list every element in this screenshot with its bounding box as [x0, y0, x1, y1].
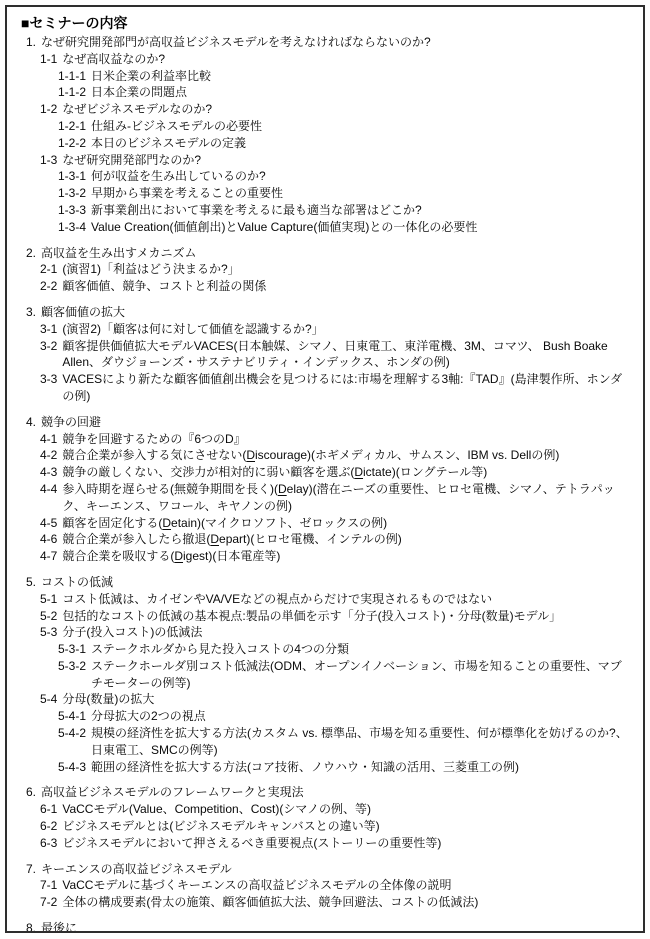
toc-item: 6-2ビジネスモデルとは(ビジネスモデルキャンバスとの違い等): [40, 818, 633, 835]
toc-item: 3-2顧客提供価値拡大モデルVACES(日本触媒、シマノ、日東電工、東洋電機、3…: [40, 338, 633, 372]
toc-item: 5-4-3範囲の経済性を拡大する方法(コア技術、ノウハウ・知識の活用、三菱重工の…: [58, 759, 633, 776]
toc-item: 1-3-3新事業創出において事業を考えるに最も適当な部署はどこか?: [58, 202, 633, 219]
toc-item-text: ビジネスモデルにおいて押さえるべき重要視点(ストーリーの重要性等): [62, 835, 633, 852]
toc-item-number: 5-3: [40, 624, 57, 641]
toc-item-text: コスト低減は、カイゼンやVA/VEなどの視点からだけで実現されるものではない: [62, 591, 633, 608]
toc-item: 5-3分子(投入コスト)の低減法: [40, 624, 633, 641]
toc-item-number: 5-4-3: [58, 759, 86, 776]
toc-item-number: 1-3-2: [58, 185, 86, 202]
toc-item: 1-1-2日本企業の問題点: [58, 84, 633, 101]
toc-item: 1-2なぜビジネスモデルなのか?: [40, 101, 633, 118]
toc-item-text: 高収益ビジネスモデルのフレームワークと実現法: [41, 784, 633, 801]
toc-item-text: 仕組み-ビジネスモデルの必要性: [91, 118, 633, 135]
toc-item: 6.高収益ビジネスモデルのフレームワークと実現法: [26, 784, 633, 801]
toc-item-text: 分母拡大の2つの視点: [91, 708, 633, 725]
toc-item-text: 日米企業の利益率比較: [91, 68, 633, 85]
toc-item-text: (演習1)「利益はどう決まるか?」: [62, 261, 633, 278]
toc-item-text: VACESにより新たな顧客価値創出機会を見つけるには:市場を理解する3軸:『TA…: [62, 371, 633, 405]
section-3: 3.顧客価値の拡大3-1(演習2)「顧客は何に対して価値を認識するか?」3-2顧…: [21, 304, 633, 405]
toc-item-text: 高収益を生み出すメカニズム: [41, 245, 633, 262]
toc-item-text: 日本企業の問題点: [91, 84, 633, 101]
toc-item-number: 3-1: [40, 321, 57, 338]
toc-item-number: 5-3-2: [58, 658, 86, 675]
toc-item-number: 6-3: [40, 835, 57, 852]
toc-item: 1-3-4Value Creation(価値創出)とValue Capture(…: [58, 219, 633, 236]
toc-item-number: 4-1: [40, 431, 57, 448]
toc-item-text: 全体の構成要素(骨太の施策、顧客価値拡大法、競争回避法、コストの低減法): [62, 894, 633, 911]
toc-item: 8.最後に: [26, 920, 633, 933]
toc-item-text: 範囲の経済性を拡大する方法(コア技術、ノウハウ・知識の活用、三菱重工の例): [91, 759, 633, 776]
section-1: 1.なぜ研究開発部門が高収益ビジネスモデルを考えなければならないのか?1-1なぜ…: [21, 34, 633, 236]
toc-item-text: なぜ高収益なのか?: [62, 51, 633, 68]
toc-item-number: 4-7: [40, 548, 57, 565]
document-frame: ■セミナーの内容 1.なぜ研究開発部門が高収益ビジネスモデルを考えなければならな…: [5, 5, 645, 933]
toc-item-number: 7.: [26, 861, 36, 878]
toc-item-number: 4-2: [40, 447, 57, 464]
toc-item: 5-4-1分母拡大の2つの視点: [58, 708, 633, 725]
toc-item-number: 4.: [26, 414, 36, 431]
toc-item-text: 競争の回避: [41, 414, 633, 431]
section-6: 6.高収益ビジネスモデルのフレームワークと実現法6-1VaCCモデル(Value…: [21, 784, 633, 851]
toc-item-number: 1-2-1: [58, 118, 86, 135]
section-7: 7.キーエンスの高収益ビジネスモデル7-1VaCCモデルに基づくキーエンスの高収…: [21, 861, 633, 911]
toc-item: 1-3-2早期から事業を考えることの重要性: [58, 185, 633, 202]
toc-item-number: 1-3-4: [58, 219, 86, 236]
toc-item: 4-5顧客を固定化する(Detain)(マイクロソフト、ゼロックスの例): [40, 515, 633, 532]
toc-item-text: 新事業創出において事業を考えるに最も適当な部署はどこか?: [91, 202, 633, 219]
toc-item-number: 4-5: [40, 515, 57, 532]
toc-item-number: 5-4-2: [58, 725, 86, 742]
toc-item-text: 競争の厳しくない、交渉力が相対的に弱い顧客を選ぶ(Dictate)(ロングテール…: [62, 464, 633, 481]
toc-item-number: 1-1: [40, 51, 57, 68]
toc-item: 3-1(演習2)「顧客は何に対して価値を認識するか?」: [40, 321, 633, 338]
toc-item: 3-3VACESにより新たな顧客価値創出機会を見つけるには:市場を理解する3軸:…: [40, 371, 633, 405]
toc-item: 6-1VaCCモデル(Value、Competition、Cost)(シマノの例…: [40, 801, 633, 818]
toc-item-number: 6.: [26, 784, 36, 801]
toc-sections: 1.なぜ研究開発部門が高収益ビジネスモデルを考えなければならないのか?1-1なぜ…: [21, 34, 633, 933]
toc-item-number: 1.: [26, 34, 36, 51]
toc-item: 4-1競争を回避するための『6つのD』: [40, 431, 633, 448]
toc-item-number: 3.: [26, 304, 36, 321]
toc-item-text: 顧客を固定化する(Detain)(マイクロソフト、ゼロックスの例): [62, 515, 633, 532]
toc-item-number: 2-1: [40, 261, 57, 278]
toc-item-text: 顧客提供価値拡大モデルVACES(日本触媒、シマノ、日東電工、東洋電機、3M、コ…: [62, 338, 633, 372]
toc-item-text: (演習2)「顧客は何に対して価値を認識するか?」: [62, 321, 633, 338]
toc-item-number: 7-2: [40, 894, 57, 911]
toc-item-text: 競争を回避するための『6つのD』: [62, 431, 633, 448]
toc-item-text: コストの低減: [41, 574, 633, 591]
toc-item-number: 2-2: [40, 278, 57, 295]
toc-item-text: VaCCモデル(Value、Competition、Cost)(シマノの例、等): [62, 801, 633, 818]
toc-item: 5.コストの低減: [26, 574, 633, 591]
toc-item-number: 3-3: [40, 371, 57, 388]
toc-item: 5-4-2規模の経済性を拡大する方法(カスタム vs. 標準品、市場を知る重要性…: [58, 725, 633, 759]
toc-item-text: 何が収益を生み出しているのか?: [91, 168, 633, 185]
toc-item-number: 1-3-3: [58, 202, 86, 219]
toc-item: 4-7競合企業を吸収する(Digest)(日本電産等): [40, 548, 633, 565]
toc-item-number: 6-2: [40, 818, 57, 835]
page-title: ■セミナーの内容: [21, 14, 633, 32]
toc-item: 5-3-1ステークホルダから見た投入コストの4つの分類: [58, 641, 633, 658]
toc-item: 5-1コスト低減は、カイゼンやVA/VEなどの視点からだけで実現されるものではな…: [40, 591, 633, 608]
toc-item-number: 1-1-2: [58, 84, 86, 101]
toc-item-text: 早期から事業を考えることの重要性: [91, 185, 633, 202]
toc-item: 5-2包括的なコストの低減の基本視点:製品の単価を示す「分子(投入コスト)・分母…: [40, 608, 633, 625]
toc-item-number: 7-1: [40, 877, 57, 894]
toc-item: 7-1VaCCモデルに基づくキーエンスの高収益ビジネスモデルの全体像の説明: [40, 877, 633, 894]
toc-item-number: 5-4: [40, 691, 57, 708]
section-5: 5.コストの低減5-1コスト低減は、カイゼンやVA/VEなどの視点からだけで実現…: [21, 574, 633, 776]
toc-item: 4-4参入時期を遅らせる(無競争期間を長く)(Delay)(潜在ニーズの重要性、…: [40, 481, 633, 515]
toc-item-number: 5-3-1: [58, 641, 86, 658]
toc-item-text: 本日のビジネスモデルの定義: [91, 135, 633, 152]
toc-item-text: ステークホルダから見た投入コストの4つの分類: [91, 641, 633, 658]
toc-item-text: 競合企業が参入する気にさせない(Discourage)(ホギメディカル、サムスン…: [62, 447, 633, 464]
section-2: 2.高収益を生み出すメカニズム2-1(演習1)「利益はどう決まるか?」2-2顧客…: [21, 245, 633, 295]
toc-item-text: ビジネスモデルとは(ビジネスモデルキャンバスとの違い等): [62, 818, 633, 835]
toc-item: 1-3-1何が収益を生み出しているのか?: [58, 168, 633, 185]
toc-item: 2.高収益を生み出すメカニズム: [26, 245, 633, 262]
toc-item: 4.競争の回避: [26, 414, 633, 431]
toc-item-text: キーエンスの高収益ビジネスモデル: [41, 861, 633, 878]
toc-item: 1-2-1仕組み-ビジネスモデルの必要性: [58, 118, 633, 135]
toc-item-text: なぜ研究開発部門なのか?: [62, 152, 633, 169]
toc-item-text: なぜ研究開発部門が高収益ビジネスモデルを考えなければならないのか?: [41, 34, 633, 51]
toc-item: 2-2顧客価値、競争、コストと利益の関係: [40, 278, 633, 295]
toc-item-text: 規模の経済性を拡大する方法(カスタム vs. 標準品、市場を知る重要性、何が標準…: [91, 725, 633, 759]
toc-item: 1-1-1日米企業の利益率比較: [58, 68, 633, 85]
toc-item-number: 4-4: [40, 481, 57, 498]
toc-item-number: 1-2: [40, 101, 57, 118]
section-4: 4.競争の回避4-1競争を回避するための『6つのD』4-2競合企業が参入する気に…: [21, 414, 633, 565]
toc-item-number: 3-2: [40, 338, 57, 355]
toc-item-text: 参入時期を遅らせる(無競争期間を長く)(Delay)(潜在ニーズの重要性、ヒロセ…: [62, 481, 633, 515]
toc-item: 4-3競争の厳しくない、交渉力が相対的に弱い顧客を選ぶ(Dictate)(ロング…: [40, 464, 633, 481]
toc-item-number: 6-1: [40, 801, 57, 818]
toc-item-number: 1-3: [40, 152, 57, 169]
toc-item-text: ステークホールダ別コスト低減法(ODM、オープンイノベーション、市場を知ることの…: [91, 658, 633, 692]
toc-item-number: 1-1-1: [58, 68, 86, 85]
toc-item-text: VaCCモデルに基づくキーエンスの高収益ビジネスモデルの全体像の説明: [62, 877, 633, 894]
toc-item-number: 5-1: [40, 591, 57, 608]
toc-item: 5-4分母(数量)の拡大: [40, 691, 633, 708]
toc-item: 4-6競合企業が参入したら撤退(Depart)(ヒロセ電機、インテルの例): [40, 531, 633, 548]
toc-item: 1-2-2本日のビジネスモデルの定義: [58, 135, 633, 152]
toc-item-number: 4-6: [40, 531, 57, 548]
toc-item-text: 競合企業が参入したら撤退(Depart)(ヒロセ電機、インテルの例): [62, 531, 633, 548]
toc-item: 1.なぜ研究開発部門が高収益ビジネスモデルを考えなければならないのか?: [26, 34, 633, 51]
toc-item-text: 顧客価値の拡大: [41, 304, 633, 321]
toc-item-text: 顧客価値、競争、コストと利益の関係: [62, 278, 633, 295]
toc-item-number: 5.: [26, 574, 36, 591]
toc-item: 4-2競合企業が参入する気にさせない(Discourage)(ホギメディカル、サ…: [40, 447, 633, 464]
toc-item-text: Value Creation(価値創出)とValue Capture(価値実現)…: [91, 219, 633, 236]
toc-item-text: なぜビジネスモデルなのか?: [62, 101, 633, 118]
toc-item: 5-3-2ステークホールダ別コスト低減法(ODM、オープンイノベーション、市場を…: [58, 658, 633, 692]
toc-item-text: 最後に: [41, 920, 633, 933]
toc-item-number: 5-4-1: [58, 708, 86, 725]
toc-item-text: 分母(数量)の拡大: [62, 691, 633, 708]
toc-item-number: 5-2: [40, 608, 57, 625]
toc-item: 7.キーエンスの高収益ビジネスモデル: [26, 861, 633, 878]
toc-item-text: 分子(投入コスト)の低減法: [62, 624, 633, 641]
toc-item: 3.顧客価値の拡大: [26, 304, 633, 321]
toc-item: 1-3なぜ研究開発部門なのか?: [40, 152, 633, 169]
toc-item-number: 4-3: [40, 464, 57, 481]
toc-item-number: 1-3-1: [58, 168, 86, 185]
toc-item-text: 競合企業を吸収する(Digest)(日本電産等): [62, 548, 633, 565]
toc-item-number: 1-2-2: [58, 135, 86, 152]
toc-item: 2-1(演習1)「利益はどう決まるか?」: [40, 261, 633, 278]
toc-item: 1-1なぜ高収益なのか?: [40, 51, 633, 68]
toc-item: 7-2全体の構成要素(骨太の施策、顧客価値拡大法、競争回避法、コストの低減法): [40, 894, 633, 911]
toc-item: 6-3ビジネスモデルにおいて押さえるべき重要視点(ストーリーの重要性等): [40, 835, 633, 852]
toc-item-number: 8.: [26, 920, 36, 933]
toc-item-number: 2.: [26, 245, 36, 262]
section-8: 8.最後に: [21, 920, 633, 933]
toc-item-text: 包括的なコストの低減の基本視点:製品の単価を示す「分子(投入コスト)・分母(数量…: [62, 608, 633, 625]
